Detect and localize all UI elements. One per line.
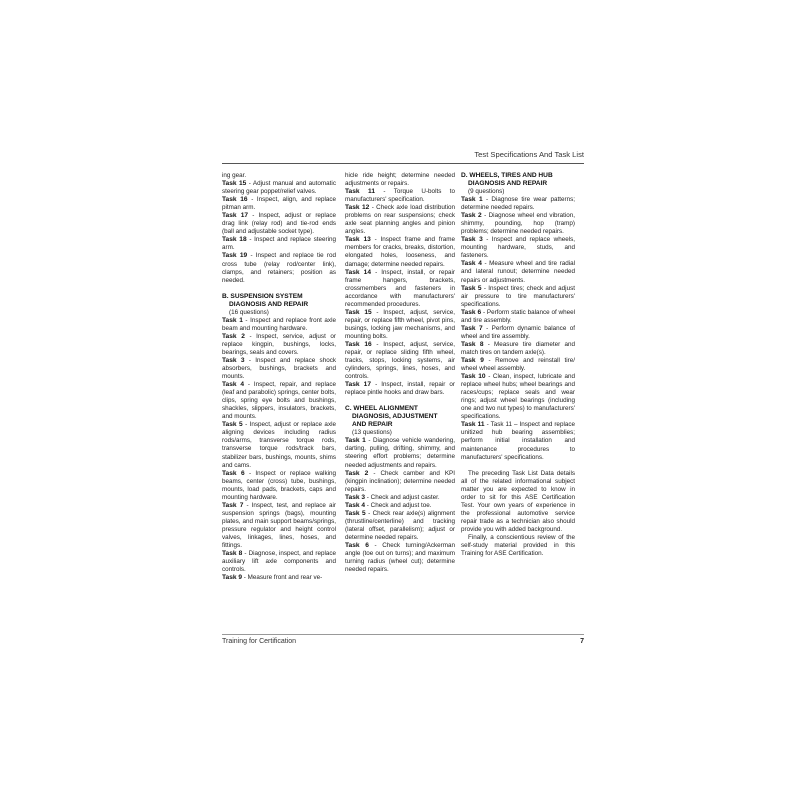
task-item: Task 17 - Inspect, adjust or replace dra… (222, 212, 336, 236)
task-item: Task 4 - Check and adjust toe. (345, 502, 455, 510)
task-item: Task 15 - Adjust manual and automatic st… (222, 180, 336, 196)
footer-title: Training for Certification (222, 638, 296, 645)
task-item: Task 6 - Inspect or replace walking beam… (222, 470, 336, 502)
continuation-text: ing gear. (222, 172, 336, 180)
page-number: 7 (560, 638, 584, 645)
question-count: (9 questions) (461, 188, 575, 196)
task-item: Task 8 - Diagnose, inspect, and replace … (222, 550, 336, 574)
task-item: Task 19 - Inspect and replace tie rod cr… (222, 252, 336, 284)
task-item: Task 9 - Remove and reinstall tire/ whee… (461, 357, 575, 373)
task-item: Task 5 - Inspect, adjust or replace axle… (222, 421, 336, 469)
closing-paragraph: Finally, a conscientious review of the s… (461, 534, 575, 558)
task-item: Task 3 - Check and adjust caster. (345, 494, 455, 502)
section-d-heading: D. WHEELS, TIRES AND HUB DIAGNOSIS AND R… (461, 172, 575, 188)
question-count: (16 questions) (222, 309, 336, 317)
task-item: Task 4 - Inspect, repair, and replace (l… (222, 381, 336, 421)
task-item: Task 17 - Inspect, install, repair or re… (345, 381, 455, 397)
task-item: Task 1 - Inspect and replace front axle … (222, 317, 336, 333)
task-item: Task 6 - Perform static balance of wheel… (461, 309, 575, 325)
closing-paragraph: The preceding Task List Data details all… (461, 470, 575, 534)
running-header: Test Specifications And Task List (222, 150, 584, 159)
task-item: Task 3 - Inspect and replace wheels, mou… (461, 236, 575, 260)
column-1: ing gear. Task 15 - Adjust manual and au… (222, 172, 336, 582)
task-item: Task 18 - Inspect and replace steering a… (222, 236, 336, 252)
continuation-text: hicle ride height; determine needed adju… (345, 172, 455, 188)
task-item: Task 8 - Measure tire diameter and match… (461, 341, 575, 357)
task-item: Task 6 - Check turning/Ackerman angle (t… (345, 542, 455, 574)
task-item: Task 14 - Inspect, install, or repair fr… (345, 269, 455, 309)
spacer (461, 462, 575, 470)
task-item: Task 5 - Check rear axle(s) alignment (t… (345, 510, 455, 542)
task-item: Task 11 - Task 11 – Inspect and replace … (461, 421, 575, 461)
task-item: Task 9 - Measure front and rear ve- (222, 574, 336, 582)
document-page: Test Specifications And Task List ing ge… (0, 0, 800, 800)
task-item: Task 7 - Perform dynamic balance of whee… (461, 325, 575, 341)
footer-rule (222, 634, 584, 635)
column-2: hicle ride height; determine needed adju… (345, 172, 455, 574)
task-item: Task 12 - Check axle load distribution p… (345, 204, 455, 236)
task-item: Task 10 - Clean, inspect, lubricate and … (461, 373, 575, 421)
section-c-heading: C. WHEEL ALIGNMENT DIAGNOSIS, ADJUSTMENT… (345, 405, 455, 429)
task-item: Task 15 - Inspect, adjust, service, repa… (345, 309, 455, 341)
task-item: Task 5 - Inspect tires; check and adjust… (461, 285, 575, 309)
task-item: Task 3 - Inspect and replace shock absor… (222, 357, 336, 381)
task-item: Task 1 - Diagnose vehicle wandering, dar… (345, 437, 455, 469)
task-item: Task 4 - Measure wheel and tire radial a… (461, 260, 575, 284)
task-item: Task 7 - Inspect, test, and replace air … (222, 502, 336, 550)
task-item: Task 16 - Inspect, align, and replace pi… (222, 196, 336, 212)
task-item: Task 2 - Check camber and KPI (kingpin i… (345, 470, 455, 494)
column-3: D. WHEELS, TIRES AND HUB DIAGNOSIS AND R… (461, 172, 575, 558)
header-rule (222, 163, 584, 164)
task-item: Task 2 - Inspect, service, adjust or rep… (222, 333, 336, 357)
question-count: (13 questions) (345, 429, 455, 437)
task-item: Task 16 - Inspect, adjust, service, repa… (345, 341, 455, 381)
task-item: Task 13 - Inspect frame and frame member… (345, 236, 455, 268)
task-item: Task 1 - Diagnose tire wear patterns; de… (461, 196, 575, 212)
section-b-heading: B. SUSPENSION SYSTEM DIAGNOSIS AND REPAI… (222, 293, 336, 309)
task-item: Task 11 - Torque U-bolts to manufacturer… (345, 188, 455, 204)
task-item: Task 2 - Diagnose wheel end vibration, s… (461, 212, 575, 236)
